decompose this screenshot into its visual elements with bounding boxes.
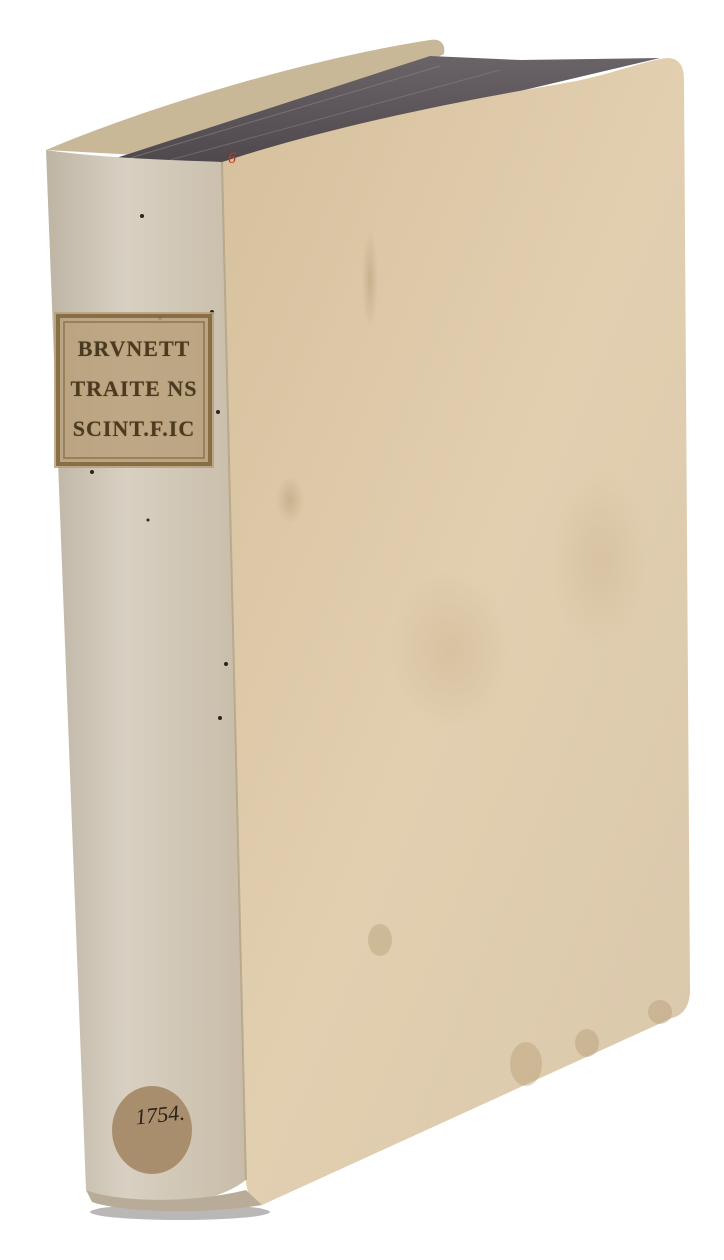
spine xyxy=(46,150,246,1204)
book-illustration xyxy=(0,0,724,1260)
spine-label-line-3: SCINT.F.IC xyxy=(73,409,195,449)
red-ink-mark: 6 xyxy=(228,150,236,168)
book-photo: BRVNETT TRAITE NS SCINT.F.IC 1754. 6 xyxy=(0,0,724,1260)
spine-label-line-1: BRVNETT xyxy=(78,329,191,369)
spine-label: BRVNETT TRAITE NS SCINT.F.IC xyxy=(58,316,210,462)
spine-label-line-2: TRAITE NS xyxy=(71,369,198,409)
